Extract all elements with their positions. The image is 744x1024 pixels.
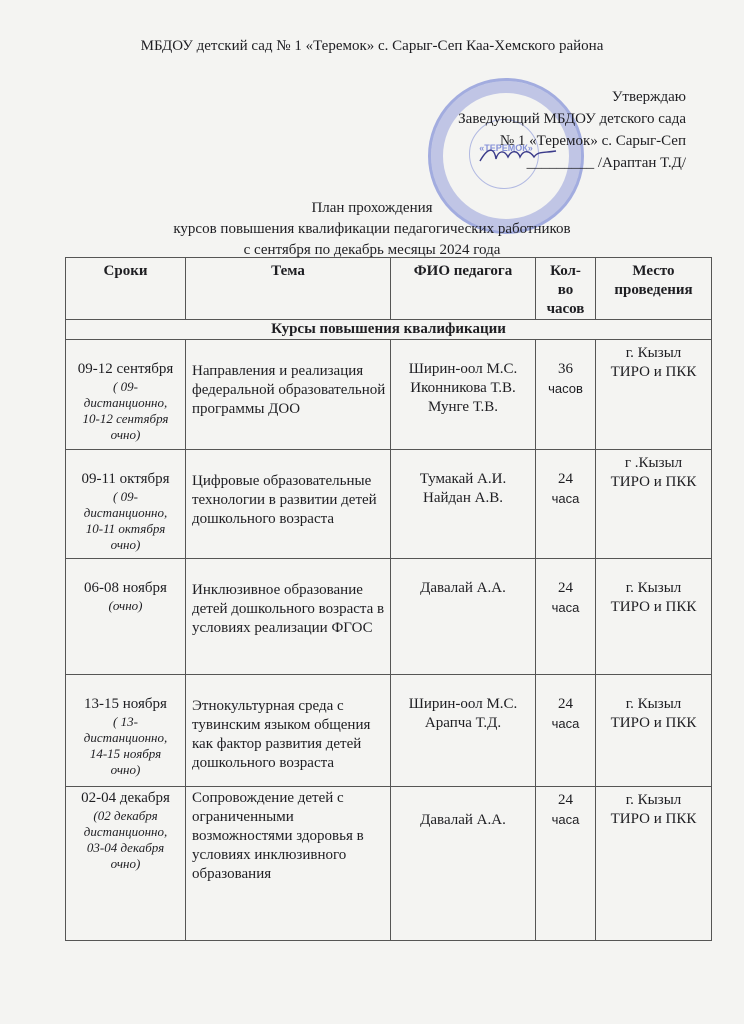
place-text: г .Кызыл ТИРО и ПКК bbox=[611, 455, 697, 490]
teacher-names: Давалай А.А. bbox=[420, 812, 506, 828]
hours-cell: 24часа bbox=[536, 450, 596, 559]
topic-cell: Цифровые образовательные технологии в ра… bbox=[186, 450, 391, 559]
approval-block: Утверждаю Заведующий МБДОУ детского сада… bbox=[366, 86, 686, 174]
teacher-names: Давалай А.А. bbox=[420, 580, 506, 596]
hours-cell: 36часов bbox=[536, 340, 596, 450]
place-cell: г. Кызыл ТИРО и ПКК bbox=[596, 559, 712, 675]
column-header-teacher: ФИО педагога bbox=[391, 258, 536, 320]
dates-cell: 06-08 ноября(очно) bbox=[66, 559, 186, 675]
dates-note: (02 декабря дистанционно, 03-04 декабря … bbox=[70, 808, 181, 872]
table-row: 13-15 ноября( 13- дистанционно, 14-15 но… bbox=[66, 675, 712, 787]
dates-cell: 09-11 октября( 09- дистанционно, 10-11 о… bbox=[66, 450, 186, 559]
document-title: План прохождения курсов повышения квалиф… bbox=[0, 198, 744, 261]
topic-cell: Сопровождение детей с ограниченными возм… bbox=[186, 787, 391, 941]
dates-cell: 13-15 ноября( 13- дистанционно, 14-15 но… bbox=[66, 675, 186, 787]
approval-line-1: Утверждаю bbox=[366, 86, 686, 108]
hours-unit: часа bbox=[540, 810, 591, 829]
organization-header: МБДОУ детский сад № 1 «Теремок» с. Сарыг… bbox=[0, 38, 744, 55]
teacher-cell: Ширин-оол М.С. Иконникова Т.В. Мунге Т.В… bbox=[391, 340, 536, 450]
hours-unit: часа bbox=[540, 489, 591, 508]
teacher-names: Тумакай А.И. Найдан А.В. bbox=[420, 471, 506, 506]
hours-value: 24 bbox=[558, 792, 573, 808]
table-header-row: Сроки Тема ФИО педагога Кол- во часов Ме… bbox=[66, 258, 712, 320]
courses-table: Сроки Тема ФИО педагога Кол- во часов Ме… bbox=[65, 257, 712, 941]
table-row: 09-11 октября( 09- дистанционно, 10-11 о… bbox=[66, 450, 712, 559]
dates-note: (очно) bbox=[70, 598, 181, 614]
approval-line-2: Заведующий МБДОУ детского сада bbox=[366, 108, 686, 130]
topic-cell: Направления и реализация федеральной обр… bbox=[186, 340, 391, 450]
topic-cell: Этнокультурная среда с тувинским языком … bbox=[186, 675, 391, 787]
dates-note: ( 09- дистанционно, 10-11 октября очно) bbox=[70, 489, 181, 553]
hours-value: 36 bbox=[558, 361, 573, 377]
teacher-cell: Тумакай А.И. Найдан А.В. bbox=[391, 450, 536, 559]
column-header-topic: Тема bbox=[186, 258, 391, 320]
approval-line-4: _________ /Арaптан Т.Д/ bbox=[366, 152, 686, 174]
topic-text: Инклюзивное образование детей дошкольног… bbox=[192, 582, 384, 636]
teacher-cell: Ширин-оол М.С. Арапча Т.Д. bbox=[391, 675, 536, 787]
dates-cell: 09-12 сентября( 09- дистанционно, 10-12 … bbox=[66, 340, 186, 450]
teacher-cell: Давалай А.А. bbox=[391, 559, 536, 675]
topic-text: Цифровые образовательные технологии в ра… bbox=[192, 473, 377, 527]
column-header-place: Место проведения bbox=[596, 258, 712, 320]
dates-text: 13-15 ноября bbox=[84, 696, 167, 712]
topic-text: Сопровождение детей с ограниченными возм… bbox=[192, 790, 364, 882]
place-cell: г. Кызыл ТИРО и ПКК bbox=[596, 787, 712, 941]
place-text: г. Кызыл ТИРО и ПКК bbox=[611, 345, 697, 380]
place-text: г. Кызыл ТИРО и ПКК bbox=[611, 696, 697, 731]
table-row: 09-12 сентября( 09- дистанционно, 10-12 … bbox=[66, 340, 712, 450]
dates-text: 02-04 декабря bbox=[81, 790, 170, 806]
hours-unit: часов bbox=[540, 379, 591, 398]
dates-text: 06-08 ноября bbox=[84, 580, 167, 596]
dates-text: 09-11 октября bbox=[81, 471, 169, 487]
place-cell: г .Кызыл ТИРО и ПКК bbox=[596, 450, 712, 559]
hours-value: 24 bbox=[558, 580, 573, 596]
place-cell: г. Кызыл ТИРО и ПКК bbox=[596, 675, 712, 787]
dates-text: 09-12 сентября bbox=[78, 361, 174, 377]
place-text: г. Кызыл ТИРО и ПКК bbox=[611, 792, 697, 827]
dates-cell: 02-04 декабря(02 декабря дистанционно, 0… bbox=[66, 787, 186, 941]
teacher-names: Ширин-оол М.С. Арапча Т.Д. bbox=[409, 696, 518, 731]
section-row: Курсы повышения квалификации bbox=[66, 320, 712, 340]
dates-note: ( 13- дистанционно, 14-15 ноября очно) bbox=[70, 714, 181, 778]
title-line-1: План прохождения bbox=[0, 198, 744, 219]
column-header-hours: Кол- во часов bbox=[536, 258, 596, 320]
hours-cell: 24часа bbox=[536, 559, 596, 675]
title-line-2: курсов повышения квалификации педагогиче… bbox=[0, 219, 744, 240]
section-title: Курсы повышения квалификации bbox=[66, 320, 712, 340]
table-row: 02-04 декабря(02 декабря дистанционно, 0… bbox=[66, 787, 712, 941]
teacher-cell: Давалай А.А. bbox=[391, 787, 536, 941]
place-text: г. Кызыл ТИРО и ПКК bbox=[611, 580, 697, 615]
place-cell: г. Кызыл ТИРО и ПКК bbox=[596, 340, 712, 450]
hours-unit: часа bbox=[540, 598, 591, 617]
teacher-names: Ширин-оол М.С. Иконникова Т.В. Мунге Т.В… bbox=[409, 361, 518, 415]
hours-value: 24 bbox=[558, 471, 573, 487]
dates-note: ( 09- дистанционно, 10-12 сентября очно) bbox=[70, 379, 181, 443]
topic-text: Направления и реализация федеральной обр… bbox=[192, 363, 385, 417]
topic-cell: Инклюзивное образование детей дошкольног… bbox=[186, 559, 391, 675]
column-header-hours-text: Кол- во часов bbox=[547, 263, 585, 317]
topic-text: Этнокультурная среда с тувинским языком … bbox=[192, 698, 370, 771]
hours-unit: часа bbox=[540, 714, 591, 733]
column-header-dates: Сроки bbox=[66, 258, 186, 320]
hours-cell: 24часа bbox=[536, 675, 596, 787]
table-row: 06-08 ноября(очно)Инклюзивное образовани… bbox=[66, 559, 712, 675]
hours-cell: 24часа bbox=[536, 787, 596, 941]
approval-line-3: № 1 «Теремок» с. Сарыг-Сеп bbox=[366, 130, 686, 152]
hours-value: 24 bbox=[558, 696, 573, 712]
